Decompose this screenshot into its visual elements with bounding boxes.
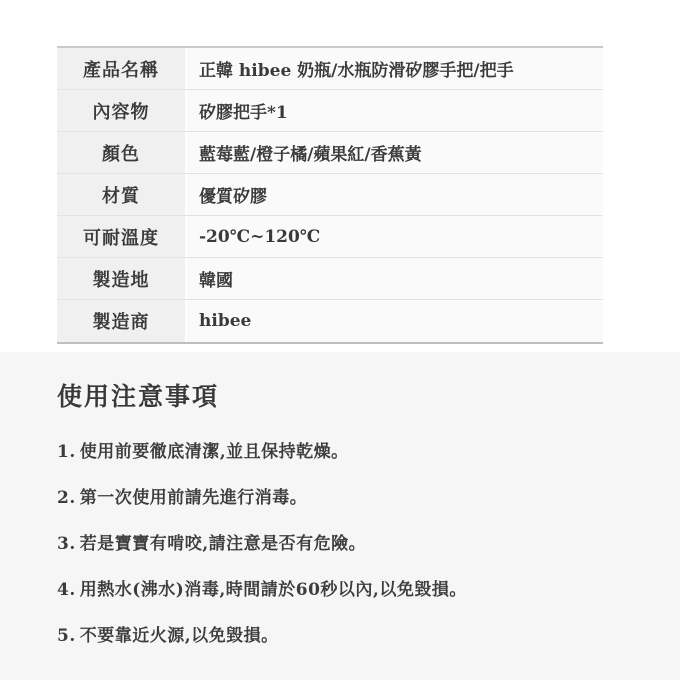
note-number: 5.: [57, 626, 76, 646]
note-number: 2.: [57, 488, 76, 508]
note-number: 1.: [57, 442, 76, 462]
list-item: 3.若是寶寶有啃咬,請注意是否有危險。: [57, 529, 650, 554]
spec-value-manufacturer: hibee: [187, 300, 603, 342]
list-item: 1.使用前要徹底清潔,並且保持乾燥。: [57, 437, 650, 462]
note-number: 4.: [57, 580, 76, 600]
usage-notes-section: 使用注意事項 1.使用前要徹底清潔,並且保持乾燥。 2.第一次使用前請先進行消毒…: [0, 352, 680, 680]
table-row: 產品名稱 正韓 hibee 奶瓶/水瓶防滑矽膠手把/把手: [57, 48, 603, 90]
spec-label-contents: 內容物: [57, 90, 187, 131]
note-text: 用熱水(沸水)消毒,時間請於60秒以內,以免毀損。: [80, 580, 467, 600]
spec-value-temperature: -20℃~120℃: [187, 216, 603, 257]
note-text: 使用前要徹底清潔,並且保持乾燥。: [80, 442, 349, 462]
spec-value-product-name: 正韓 hibee 奶瓶/水瓶防滑矽膠手把/把手: [187, 48, 603, 89]
spec-label-color: 顏色: [57, 132, 187, 173]
spec-label-manufacturer: 製造商: [57, 300, 187, 342]
table-row: 顏色 藍莓藍/橙子橘/蘋果紅/香蕉黃: [57, 132, 603, 174]
spec-label-material: 材質: [57, 174, 187, 215]
table-row: 製造商 hibee: [57, 300, 603, 342]
note-text: 不要靠近火源,以免毀損。: [80, 626, 279, 646]
spec-value-material: 優質矽膠: [187, 174, 603, 215]
list-item: 5.不要靠近火源,以免毀損。: [57, 621, 650, 646]
product-spec-table: 產品名稱 正韓 hibee 奶瓶/水瓶防滑矽膠手把/把手 內容物 矽膠把手*1 …: [57, 46, 603, 344]
table-row: 材質 優質矽膠: [57, 174, 603, 216]
spec-label-product-name: 產品名稱: [57, 48, 187, 89]
list-item: 4.用熱水(沸水)消毒,時間請於60秒以內,以免毀損。: [57, 575, 650, 600]
page: 產品名稱 正韓 hibee 奶瓶/水瓶防滑矽膠手把/把手 內容物 矽膠把手*1 …: [0, 0, 680, 680]
table-row: 內容物 矽膠把手*1: [57, 90, 603, 132]
spec-value-color: 藍莓藍/橙子橘/蘋果紅/香蕉黃: [187, 132, 603, 173]
spec-value-contents: 矽膠把手*1: [187, 90, 603, 131]
usage-notes-list: 1.使用前要徹底清潔,並且保持乾燥。 2.第一次使用前請先進行消毒。 3.若是寶…: [57, 437, 650, 646]
note-text: 若是寶寶有啃咬,請注意是否有危險。: [80, 534, 366, 554]
table-row: 可耐溫度 -20℃~120℃: [57, 216, 603, 258]
list-item: 2.第一次使用前請先進行消毒。: [57, 483, 650, 508]
spec-label-temperature: 可耐溫度: [57, 216, 187, 257]
note-number: 3.: [57, 534, 76, 554]
spec-value-origin: 韓國: [187, 258, 603, 299]
usage-notes-title: 使用注意事項: [57, 377, 650, 413]
note-text: 第一次使用前請先進行消毒。: [80, 488, 308, 508]
table-row: 製造地 韓國: [57, 258, 603, 300]
spec-label-origin: 製造地: [57, 258, 187, 299]
